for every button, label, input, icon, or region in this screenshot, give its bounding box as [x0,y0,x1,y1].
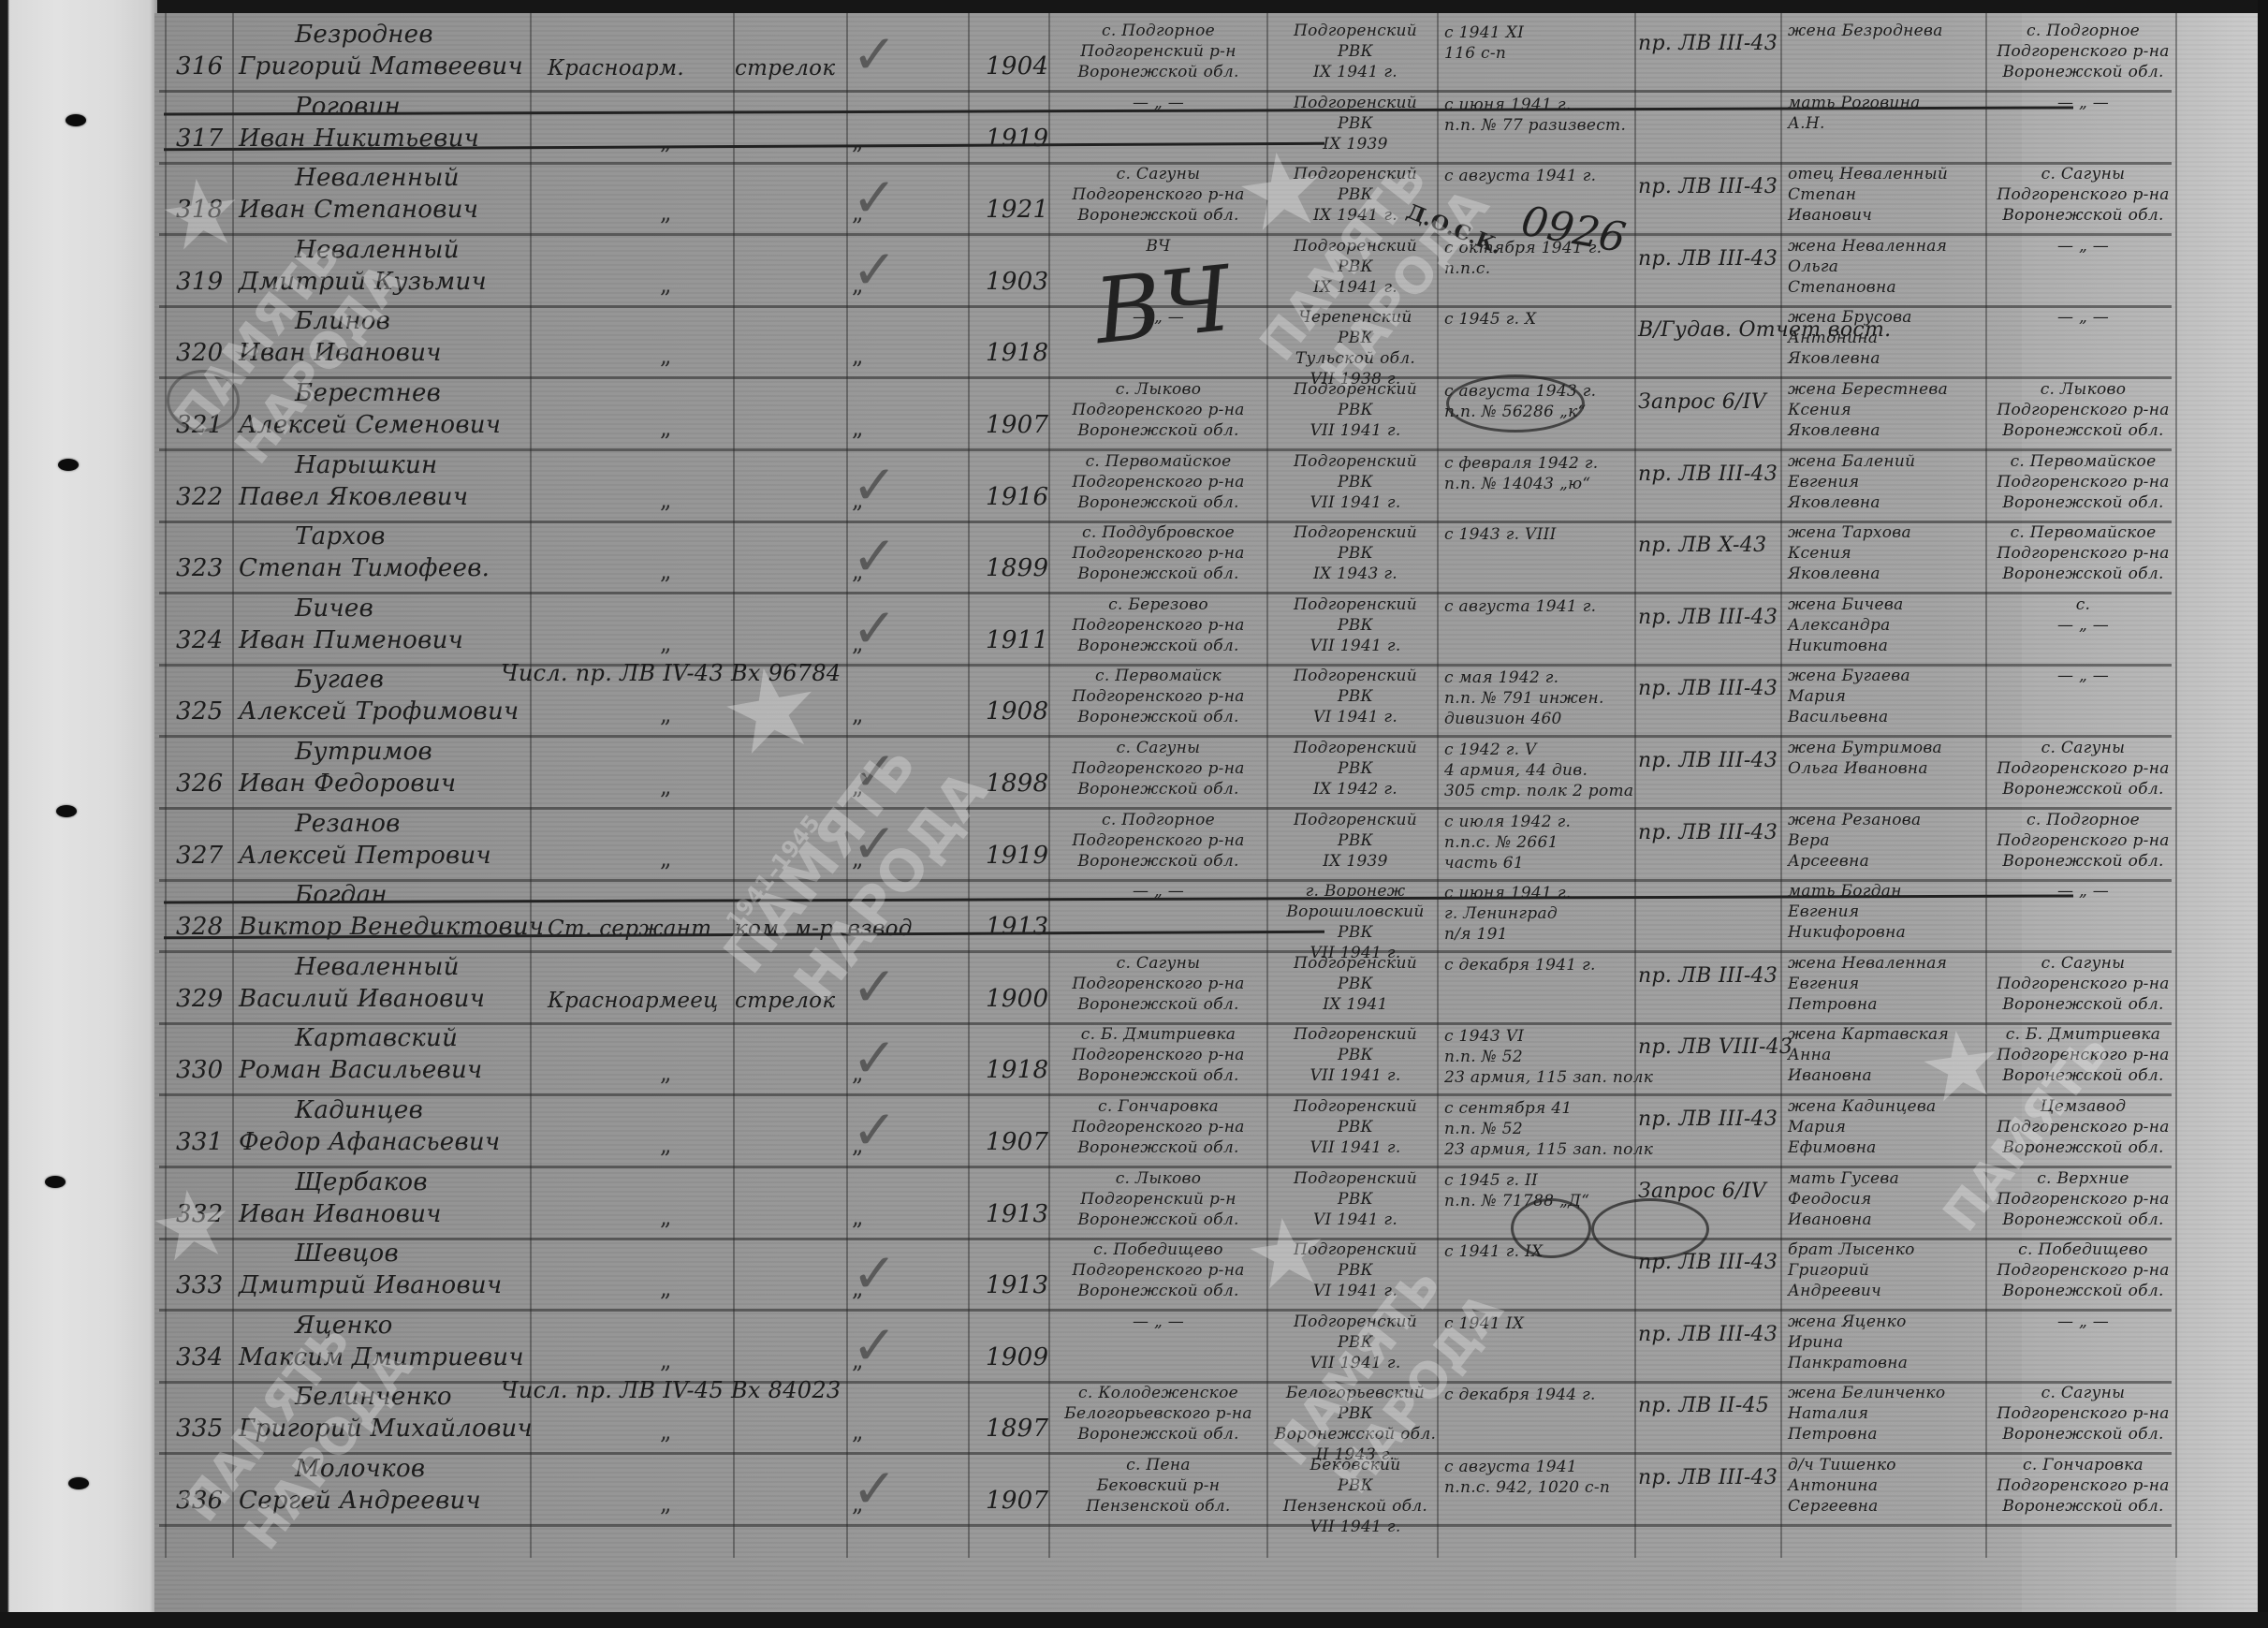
family-address-line: Воронежской обл. [1987,492,2179,513]
relatives-line: мать Богдан [1788,881,1989,902]
birthplace-line: Подгоренского р-на [1058,400,1259,420]
service-info: с августа 1941 г. [1444,166,1641,186]
birth-year: 1904 [986,52,1048,81]
relatives-line: жена Бичева [1788,594,1989,615]
birthplace-line: Воронежской обл. [1058,994,1259,1015]
star-icon: ★ [1228,125,1336,257]
given-names: Василий Иванович [239,985,485,1013]
punch-hole [68,1477,89,1489]
relatives: мать РоговинаА.Н. [1788,93,1989,134]
family-address-line: Воронежской обл. [1987,1210,2179,1230]
family-address-line: Воронежской обл. [1987,564,2179,584]
fate-note: пр. ЛВ III-43 [1638,462,1778,487]
birthplace-line: Воронежской обл. [1058,707,1259,727]
family-address-line: Воронежской обл. [1987,1281,2179,1301]
relatives-line: Ефимовна [1788,1137,1989,1158]
draft-office-line: РВК [1271,758,1440,779]
service-info-line: с февраля 1942 г. [1444,453,1641,474]
relatives: жена ЯценкоИринаПанкратовна [1788,1312,1989,1373]
family-address-line: Воронежской обл. [1987,205,2179,226]
birthplace-line: с. Сагуны [1058,953,1259,974]
draft-office-line: РВК [1271,1045,1440,1065]
service-info-line: 23 армия, 115 зап. полк [1444,1139,1641,1160]
service-info-line: п.п. № 52 [1444,1119,1641,1139]
family-address: с. ПодгорноеПодгоренского р-наВоронежско… [1987,810,2179,872]
fate-note: пр. ЛВ III-43 [1638,964,1778,989]
row-number: 331 [176,1128,224,1156]
family-address: с. СагуныПодгоренского р-наВоронежской о… [1987,1383,2179,1445]
draft-office-line: Ворошиловский [1271,902,1440,922]
birth-year: 1900 [986,985,1048,1013]
draft-office: ПодгоренскийРВКVI 1941 г. [1271,666,1440,727]
birthplace-line: с. Б. Дмитриевка [1058,1024,1259,1045]
relatives: мать БогданЕвгенияНикифоровна [1788,881,1989,943]
given-names: Иван Федорович [239,770,456,798]
binding-strip [0,0,157,1628]
relatives-line: Сергеевна [1788,1496,1989,1517]
ditto-mark: „ [852,128,863,154]
family-address: с. ПодгорноеПодгоренского р-наВоронежско… [1987,21,2179,82]
family-address: — „ — [1987,307,2179,328]
draft-office: ПодгоренскийРВКIX 1941 [1271,953,1440,1015]
draft-office-line: Подгоренский [1271,666,1440,686]
family-address-line: с. Подгорное [1987,21,2179,41]
family-address-line: Воронежской обл. [1987,851,2179,872]
position: стрелок [735,56,835,81]
draft-office-line: IX 1939 [1271,851,1440,872]
fate-note: пр. ЛВ III-43 [1638,1107,1778,1132]
relatives-line: Иванович [1788,205,1989,226]
punch-hole [58,459,79,471]
draft-office-line: РВК [1271,41,1440,62]
birthplace-line: Подгоренского р-на [1058,974,1259,994]
service-info-line: с 1945 г. II [1444,1170,1641,1191]
draft-office-line: Подгоренский [1271,738,1440,758]
family-address-line: — „ — [1987,236,2179,257]
draft-office-line: VII 1941 г. [1271,1517,1440,1537]
fate-note: пр. ЛВ III-43 [1638,175,1778,199]
draft-office-line: IX 1943 г. [1271,564,1440,584]
ditto-mark: „ [660,1490,671,1517]
family-address: — „ — [1987,236,2179,257]
table-row: 322НарышкинПавел Яковлевич„„✓1916с. Перв… [154,449,2259,521]
birthplace: с. ПодгорноеПодгоренского р-наВоронежско… [1058,810,1259,872]
draft-office-line: Пензенской обл. [1271,1496,1440,1517]
relatives-line: жена Балений [1788,451,1989,472]
birth-year: 1913 [986,913,1048,941]
birthplace-line: Подгоренского р-на [1058,615,1259,636]
birthplace-line: Подгоренского р-на [1058,830,1259,851]
birthplace: с. ПервомайскоеПодгоренского р-наВоронеж… [1058,451,1259,513]
birthplace-line: Подгоренского р-на [1058,686,1259,707]
ditto-mark: „ [660,845,671,872]
relatives: жена ТарховаКсенияЯковлевна [1788,522,1989,584]
relatives-line: Мария [1788,686,1989,707]
ditto-mark: „ [660,1418,671,1445]
birthplace-line: с. Колодеженское [1058,1383,1259,1403]
service-info: с 1942 г. V4 армия, 44 див.305 стр. полк… [1444,740,1641,801]
relatives-line: Антонина [1788,328,1989,348]
draft-office: ПодгоренскийРВКIX 1939 [1271,810,1440,872]
service-info-line: часть 61 [1444,853,1641,873]
checkmark-icon: ✓ [852,1457,898,1520]
ditto-mark: „ [660,271,671,298]
birthplace: — „ — [1058,1312,1259,1332]
draft-office-line: Подгоренский [1271,1168,1440,1189]
birthplace: с. ЛыковоПодгоренского р-наВоронежской о… [1058,379,1259,441]
star-icon: ★ [1237,1193,1336,1313]
relatives: жена БерестневаКсенияЯковлевна [1788,379,1989,441]
birthplace: с. ПенаБековский р-нПензенской обл. [1058,1455,1259,1517]
ditto-mark: „ [660,1132,671,1158]
surname: Тархов [295,522,386,550]
birthplace-line: Бековский р-н [1058,1475,1259,1496]
relatives: жена БелинченкоНаталияПетровна [1788,1383,1989,1445]
service-info-line: п.п. № 77 разизвест. [1444,115,1641,136]
given-names: Степан Тимофеев. [239,554,490,582]
relatives: жена НеваленнаяЕвгенияПетровна [1788,953,1989,1015]
relatives-line: жена Белинченко [1788,1383,1989,1403]
birthplace-line: с. Березово [1058,594,1259,615]
birthplace-line: с. Пена [1058,1455,1259,1475]
draft-office-line: РВК [1271,974,1440,994]
relatives-line: Васильевна [1788,707,1989,727]
service-info: с декабря 1944 г. [1444,1385,1641,1405]
relatives-line: Григорий [1788,1260,1989,1281]
family-address: с. ПервомайскоеПодгоренского р-наВоронеж… [1987,451,2179,513]
relatives-line: Антонина [1788,1475,1989,1496]
family-address-line: с. Сагуны [1987,164,2179,184]
service-info: с 1945 г. X [1444,309,1641,330]
birthplace-line: с. Лыково [1058,379,1259,400]
fate-note: пр. ЛВ III-43 [1638,606,1778,630]
service-info-line: п.п. № 14043 „ю“ [1444,474,1641,494]
ditto-mark: „ [852,343,863,369]
birthplace-line: Подгоренского р-на [1058,1045,1259,1065]
birthplace: с. ПервомайскПодгоренского р-наВоронежск… [1058,666,1259,727]
ditto-mark: „ [852,701,863,727]
birthplace-line: с. Победищево [1058,1239,1259,1260]
birthplace-line: — „ — [1058,1312,1259,1332]
family-address-line: Подгоренского р-на [1987,41,2179,62]
given-names: Алексей Трофимович [239,697,519,726]
given-names: Иван Пименович [239,626,463,654]
row-number: 323 [176,554,224,582]
birthplace-line: Воронежской обл. [1058,636,1259,656]
surname: Резанов [295,810,401,838]
row-number: 327 [176,842,224,870]
birthplace: с. КолодеженскоеБелогорьевского р-наВоро… [1058,1383,1259,1445]
star-icon: ★ [152,154,250,273]
birthplace-line: Воронежской обл. [1058,1065,1259,1086]
fate-note: пр. ЛВ III-43 [1638,1323,1778,1347]
draft-office-line: РВК [1271,830,1440,851]
birthplace-line: с. Поддубровское [1058,522,1259,543]
fate-note: пр. ЛВ III-43 [1638,32,1778,56]
service-info: с декабря 1941 г. [1444,955,1641,975]
birthplace-line: Подгоренского р-на [1058,758,1259,779]
family-address-line: с. Сагуны [1987,953,2179,974]
fate-note: Запрос 6/IV [1638,390,1766,415]
draft-office-line: IX 1941 [1271,994,1440,1015]
family-address: с. СагуныПодгоренского р-наВоронежской о… [1987,953,2179,1015]
birthplace-line: Воронежской обл. [1058,1281,1259,1301]
birthplace-line: с. Лыково [1058,1168,1259,1189]
birth-year: 1919 [986,842,1048,870]
birthplace-line: Белогорьевского р-на [1058,1403,1259,1424]
service-info-line: п.п. № 791 инжен. [1444,688,1641,709]
service-info-line: п/я 191 [1444,924,1641,945]
draft-office: ПодгоренскийРВКVII 1941 г. [1271,1096,1440,1158]
relatives-line: Никифоровна [1788,922,1989,943]
service-info-line: с августа 1941 [1444,1457,1641,1477]
family-address-line: Воронежской обл. [1987,779,2179,799]
fate-note: пр. ЛВ X-43 [1638,534,1766,558]
checkmark-icon: ✓ [852,1026,898,1090]
service-info-line: п.п.с. № 2661 [1444,832,1641,853]
draft-office-line: Подгоренский [1271,451,1440,472]
circled-mark [1511,1198,1591,1258]
table-row: 326БутримовИван Федорович„„✓1898с. Сагун… [154,736,2259,808]
surname: Неваленный [295,953,460,981]
draft-office-line: РВК [1271,472,1440,492]
surname: Кадинцев [295,1096,423,1124]
surname: Нарышкин [295,451,437,479]
service-info-line: с июня 1941 г. [1444,95,1641,115]
family-address-line: Подгоренского р-на [1987,1260,2179,1281]
ditto-mark: „ [660,1204,671,1230]
row-number: 329 [176,985,224,1013]
surname: Щербаков [295,1168,428,1196]
service-info: с 1941 XI116 с-п [1444,22,1641,64]
fate-note: пр. ЛВ III-43 [1638,1466,1778,1490]
family-address: — „ — [1987,881,2179,902]
ditto-mark: „ [660,558,671,584]
table-row: 335БелинченкоГригорий Михайлович„„1897с.… [154,1381,2259,1453]
family-address: с.— „ — [1987,594,2179,636]
relatives: д/ч ТишенкоАнтонинаСергеевна [1788,1455,1989,1517]
circled-mark [1591,1198,1709,1260]
birth-year: 1897 [986,1415,1048,1443]
relatives-line: жена Берестнева [1788,379,1989,400]
relatives: отец НеваленныйСтепанИванович [1788,164,1989,226]
relatives: жена БрусоваАнтонинаЯковлевна [1788,307,1989,369]
family-address-line: с. Гончаровка [1987,1455,2179,1475]
ditto-mark: „ [660,199,671,226]
birthplace-line: Воронежской обл. [1058,420,1259,441]
row-number: 322 [176,483,224,511]
relatives-line: Евгения [1788,472,1989,492]
birth-year: 1907 [986,411,1048,439]
draft-office-line: Подгоренский [1271,1096,1440,1117]
birth-year: 1921 [986,196,1048,224]
service-info-line: п.п. № 52 [1444,1047,1641,1067]
relatives-line: Ксения [1788,400,1989,420]
family-address-line: с. Подгорное [1987,810,2179,830]
surname: Бичев [295,594,373,623]
family-address-line: с. Лыково [1987,379,2179,400]
relatives-line: Яковлевна [1788,564,1989,584]
checkmark-icon: ✓ [852,238,898,301]
relatives-line: Петровна [1788,1424,1989,1445]
fate-note: пр. ЛВ VIII-43 [1638,1035,1792,1060]
birth-year: 1913 [986,1271,1048,1299]
ditto-mark: „ [660,128,671,154]
checkmark-icon: ✓ [852,22,898,86]
ditto-mark: „ [660,1275,671,1301]
fate-note: пр. ЛВ III-43 [1638,247,1778,271]
service-info-line: п.п.с. 942, 1020 с-п [1444,1477,1641,1498]
relatives-line: Евгения [1788,902,1989,922]
birthplace-line: Воронежской обл. [1058,851,1259,872]
relatives-line: Ирина [1788,1332,1989,1353]
birthplace-line: Подгоренского р-на [1058,1260,1259,1281]
birthplace: с. ПоддубровскоеПодгоренского р-наВороне… [1058,522,1259,584]
service-info: с сентября 41п.п. № 5223 армия, 115 зап.… [1444,1098,1641,1160]
surname: Картавский [295,1024,458,1052]
family-address: с. ПервомайскоеПодгоренского р-наВоронеж… [1987,522,2179,584]
rank: Красноармеец [548,989,719,1013]
service-info: с 1943 VIп.п. № 5223 армия, 115 зап. пол… [1444,1026,1641,1088]
relatives-line: Яковлевна [1788,492,1989,513]
row-number: 330 [176,1056,224,1084]
ditto-mark: „ [660,415,671,441]
family-address: с. СагуныПодгоренского р-наВоронежской о… [1987,738,2179,799]
draft-office: ПодгоренскийРВКVII 1941 г. [1271,451,1440,513]
birthplace-line: Воронежской обл. [1058,779,1259,799]
ditto-mark: „ [852,415,863,441]
table-row: 324БичевИван Пименович„„✓1911с. Березово… [154,593,2259,665]
birthplace-line: Воронежской обл. [1058,564,1259,584]
family-address-line: Подгоренского р-на [1987,1475,2179,1496]
relatives-line: Ольга [1788,257,1989,277]
service-info-line: дивизион 460 [1444,709,1641,729]
service-info-line: с 1941 XI [1444,22,1641,43]
birth-year: 1918 [986,339,1048,367]
table-row: 321БерестневАлексей Семенович„„1907с. Лы… [154,377,2259,449]
relatives-line: Вера [1788,830,1989,851]
relatives-line: Ольга Ивановна [1788,758,1989,779]
birthplace-line: с. Сагуны [1058,738,1259,758]
relatives: брат ЛысенкоГригорийАндреевич [1788,1239,1989,1301]
rank: Красноарм. [548,56,684,81]
relatives: жена БугаеваМарияВасильевна [1788,666,1989,727]
birthplace: с. БерезовоПодгоренского р-наВоронежской… [1058,594,1259,656]
relatives: жена БичеваАлександраНикитовна [1788,594,1989,656]
relatives-line: Евгения [1788,974,1989,994]
draft-office-line: Подгоренский [1271,522,1440,543]
table-row: 318НеваленныйИван Степанович„„✓1921с. Са… [154,162,2259,234]
relatives-line: жена Безроднева [1788,21,1989,41]
star-icon: ★ [142,1165,241,1284]
given-names: Иван Степанович [239,196,478,224]
birthplace-line: Подгоренский р-н [1058,1189,1259,1210]
checkmark-icon: ✓ [852,1241,898,1305]
checkmark-icon: ✓ [852,524,898,588]
family-address-line: Воронежской обл. [1987,1496,2179,1517]
birthplace: с. СагуныПодгоренского р-наВоронежской о… [1058,953,1259,1015]
birth-year: 1899 [986,554,1048,582]
birthplace-line: Воронежской обл. [1058,1137,1259,1158]
table-row: 327РезановАлексей Петрович„„✓1919с. Подг… [154,808,2259,880]
service-info-line: с 1942 г. V [1444,740,1641,760]
relatives: жена Безроднева [1788,21,1989,41]
fate-note: пр. ЛВ III-43 [1638,749,1778,773]
ditto-mark: „ [852,1204,863,1230]
relatives-line: жена Бугаева [1788,666,1989,686]
relatives-line: Арсеевна [1788,851,1989,872]
draft-office-line: VII 1941 г. [1271,1137,1440,1158]
table-row: 323ТарховСтепан Тимофеев.„„✓1899с. Подду… [154,521,2259,593]
given-names: Роман Васильевич [239,1056,482,1084]
checkmark-icon: ✓ [852,1098,898,1162]
service-info-line: с 1943 VI [1444,1026,1641,1047]
relatives-line: Андреевич [1788,1281,1989,1301]
service-info-line: 305 стр. полк 2 рота [1444,781,1641,801]
service-info: с июля 1942 г.п.п.с. № 2661часть 61 [1444,812,1641,873]
row-number: 334 [176,1343,224,1371]
draft-office-line: VII 1941 г. [1271,636,1440,656]
surname: Безроднев [295,21,433,49]
family-address: с. ГончаровкаПодгоренского р-наВоронежск… [1987,1455,2179,1517]
surname: Роговин [295,93,401,121]
birthplace-line: Воронежской обл. [1058,492,1259,513]
relatives-line: д/ч Тишенко [1788,1455,1989,1475]
family-address-line: Подгоренского р-на [1987,1403,2179,1424]
given-names: Алексей Петрович [239,842,491,870]
birth-year: 1909 [986,1343,1048,1371]
given-names: Павел Яковлевич [239,483,468,511]
relatives-line: отец Неваленный [1788,164,1989,184]
relatives-line: мать Роговина [1788,93,1989,113]
draft-office-line: РВК [1271,1117,1440,1137]
family-address-line: Воронежской обл. [1987,994,2179,1015]
draft-office: ПодгоренскийРВКIX 1941 г. [1271,21,1440,82]
star-icon: ★ [1911,1005,2010,1125]
fate-note: пр. ЛВ III-43 [1638,677,1778,701]
checkmark-icon: ✓ [852,596,898,660]
family-address: — „ — [1987,1312,2179,1332]
given-names: Григорий Матвеевич [239,52,523,81]
table-row: 336МолочковСергей Андреевич„„✓1907с. Пен… [154,1453,2259,1525]
table-row: 316БезродневГригорий МатвеевичКрасноарм.… [154,19,2259,91]
service-info-line: 23 армия, 115 зап. полк [1444,1067,1641,1088]
birth-year: 1907 [986,1487,1048,1515]
draft-office-line: IX 1941 г. [1271,62,1440,82]
draft-office-line: РВК [1271,543,1440,564]
family-address-line: Подгоренского р-на [1987,184,2179,205]
surname: Бутримов [295,738,432,766]
draft-office-line: РВК [1271,615,1440,636]
birth-year: 1907 [986,1128,1048,1156]
birthplace-line: Воронежской обл. [1058,205,1259,226]
draft-office: ПодгоренскийРВКVII 1941 г. [1271,594,1440,656]
family-address-line: Подгоренского р-на [1987,472,2179,492]
family-address-line: — „ — [1987,307,2179,328]
ditto-mark: „ [660,630,671,656]
service-info-line: с 1943 г. VIII [1444,524,1641,545]
row-number: 325 [176,697,224,726]
family-address: с. ПобедищевоПодгоренского р-наВоронежск… [1987,1239,2179,1301]
family-address-line: — „ — [1987,1312,2179,1332]
service-info: с августа 1941п.п.с. 942, 1020 с-п [1444,1457,1641,1498]
draft-office: ПодгоренскийРВКVII 1941 г. [1271,1024,1440,1086]
service-info: с августа 1941 г. [1444,596,1641,617]
service-info-line: с августа 1941 г. [1444,166,1641,186]
relatives: жена РезановаВераАрсеевна [1788,810,1989,872]
service-info-line: с 1945 г. X [1444,309,1641,330]
relatives-line: А.Н. [1788,113,1989,134]
